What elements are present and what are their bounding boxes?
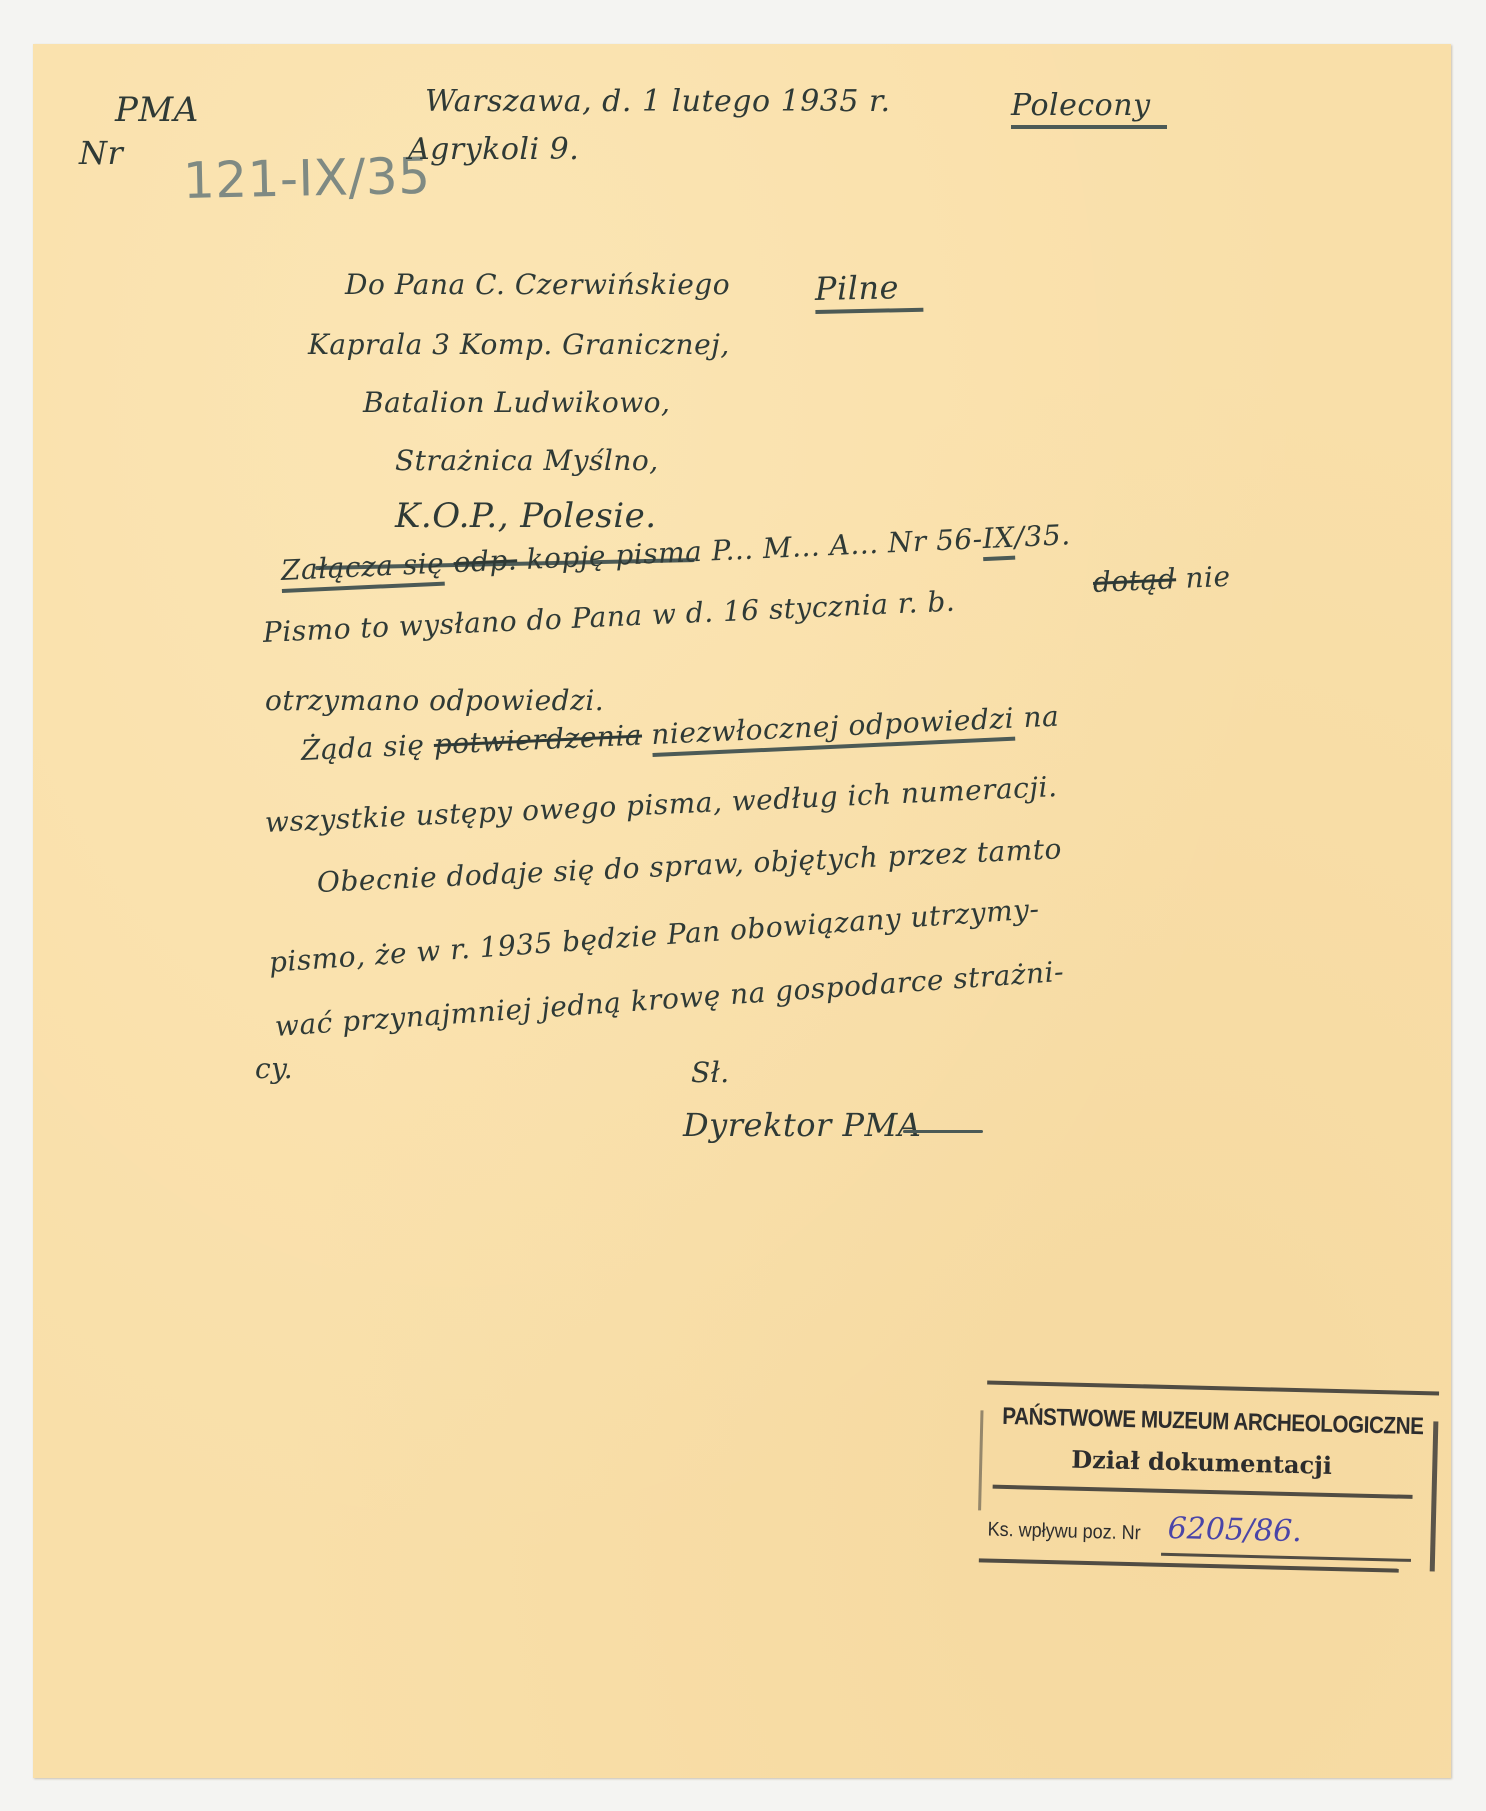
recipient-line-1: Do Pana C. Czerwińskiego [345,268,730,301]
word-na: na [1023,700,1060,735]
stamp-border-bottom [979,1558,1399,1572]
letter-sheet: PMA Nr 121-IX/35 Warszawa, d. 1 lutego 1… [33,44,1451,1778]
body-line-9: cy. [255,1052,293,1085]
roman-numeral: IX [982,521,1016,561]
signature-title: Dyrektor PMA [683,1106,921,1144]
struck-word-dotad: dotąd [1092,562,1177,599]
stamp-field-label: Ks. wpływu poz. Nr [987,1519,1141,1546]
word-nie: nie [1185,560,1232,595]
struck-word-potwierdzenia: potwierdzenia [433,719,643,761]
immediate-reply-phrase: niezwłocznej odpowiedzi [651,702,1015,757]
recipient-line-3: Batalion Ludwikowo, [363,386,670,419]
recipient-line-4: Strażnica Myślno, [395,444,659,477]
registered-mark: Polecony [1011,88,1167,129]
year-suffix: /35. [1014,518,1071,554]
body-line-1-tail: dotąd nie [1092,560,1231,599]
sender-abbrev: PMA [115,90,199,130]
body-line-6: Obecnie dodaje się do spraw, objętych pr… [316,832,1062,899]
struck-word-odp: odp. [453,543,518,579]
urgent-mark: Pilne [815,268,924,314]
stamp-accession-number: 6205/86. [1167,1511,1302,1549]
body-line-2: Pismo to wysłano do Pana w d. 16 styczni… [262,585,956,649]
pencil-reference-number: 121-IX/35 [182,147,431,210]
body-line-3: otrzymano odpowiedzi. [265,684,604,717]
stamp-field-line [1161,1553,1411,1562]
recipient-line-5: K.O.P., Polesie. [395,496,657,536]
stamp-border-right [1430,1421,1439,1571]
stamp-border-top [987,1381,1439,1396]
address-street: Agrykoli 9. [408,132,579,167]
archive-stamp: PAŃSTWOWE MUZEUM ARCHEOLOGICZNE Dział do… [983,1381,1439,1570]
signature-flourish [903,1130,983,1133]
stamp-border-left [978,1410,983,1510]
stamp-institution: PAŃSTWOWE MUZEUM ARCHEOLOGICZNE [1002,1403,1424,1441]
attached-phrase: Załącza się [280,547,445,593]
stamp-department: Dział dokumentacji [1071,1445,1332,1480]
place-date: Warszawa, d. 1 lutego 1935 r. [425,84,891,119]
body-line-5: wszystkie ustępy owego pisma, według ich… [264,770,1058,839]
recipient-line-2: Kaprala 3 Komp. Granicznej, [308,328,730,361]
stamp-divider [993,1485,1413,1499]
demand-phrase: Żąda się [300,728,425,767]
number-label: Nr [79,134,123,172]
signature-abbrev: Sł. [691,1056,730,1089]
